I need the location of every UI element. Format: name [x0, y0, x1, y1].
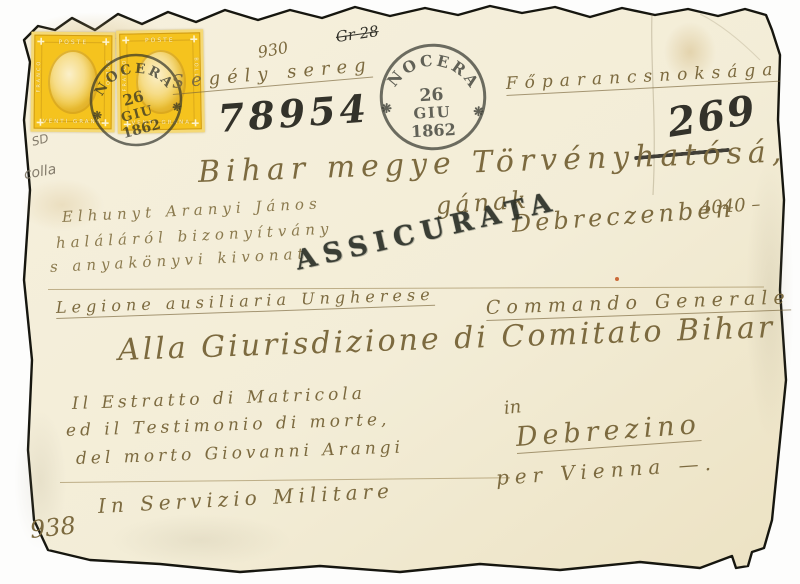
postmark-nocera: NOCERA ❋ ❋ 26 GIU 1862 — [70, 34, 202, 166]
postmark-date: 26 GIU 1862 — [409, 84, 457, 141]
ink-fleck — [615, 277, 619, 281]
ms-address-number: 4040 – — [699, 196, 761, 218]
ms-corner-number: 938 — [29, 513, 77, 542]
postmark-rosette-icon: ❋ — [172, 100, 183, 114]
stamp-corner-ornament — [37, 38, 44, 45]
postmark-year: 1862 — [410, 120, 456, 141]
postmark-rosette-icon: ❋ — [473, 104, 485, 119]
paper-stain — [110, 514, 290, 566]
stamp-corner-ornament — [190, 35, 197, 42]
ms-destination-in: in — [503, 398, 522, 418]
scanned-postal-cover: POSTE VENTI GRANA FRANCO BOLLO POSTE VEN… — [0, 0, 800, 584]
postmark-rosette-icon: ❋ — [381, 100, 393, 115]
ms-registry-number: 78954 — [217, 89, 371, 138]
pencil-mark: SD — [31, 132, 50, 148]
postmark-rosette-icon: ❋ — [92, 109, 103, 123]
postmark-date: 26 GIU 1862 — [112, 85, 162, 142]
stamp-inscription-left: FRANCO — [36, 60, 42, 93]
